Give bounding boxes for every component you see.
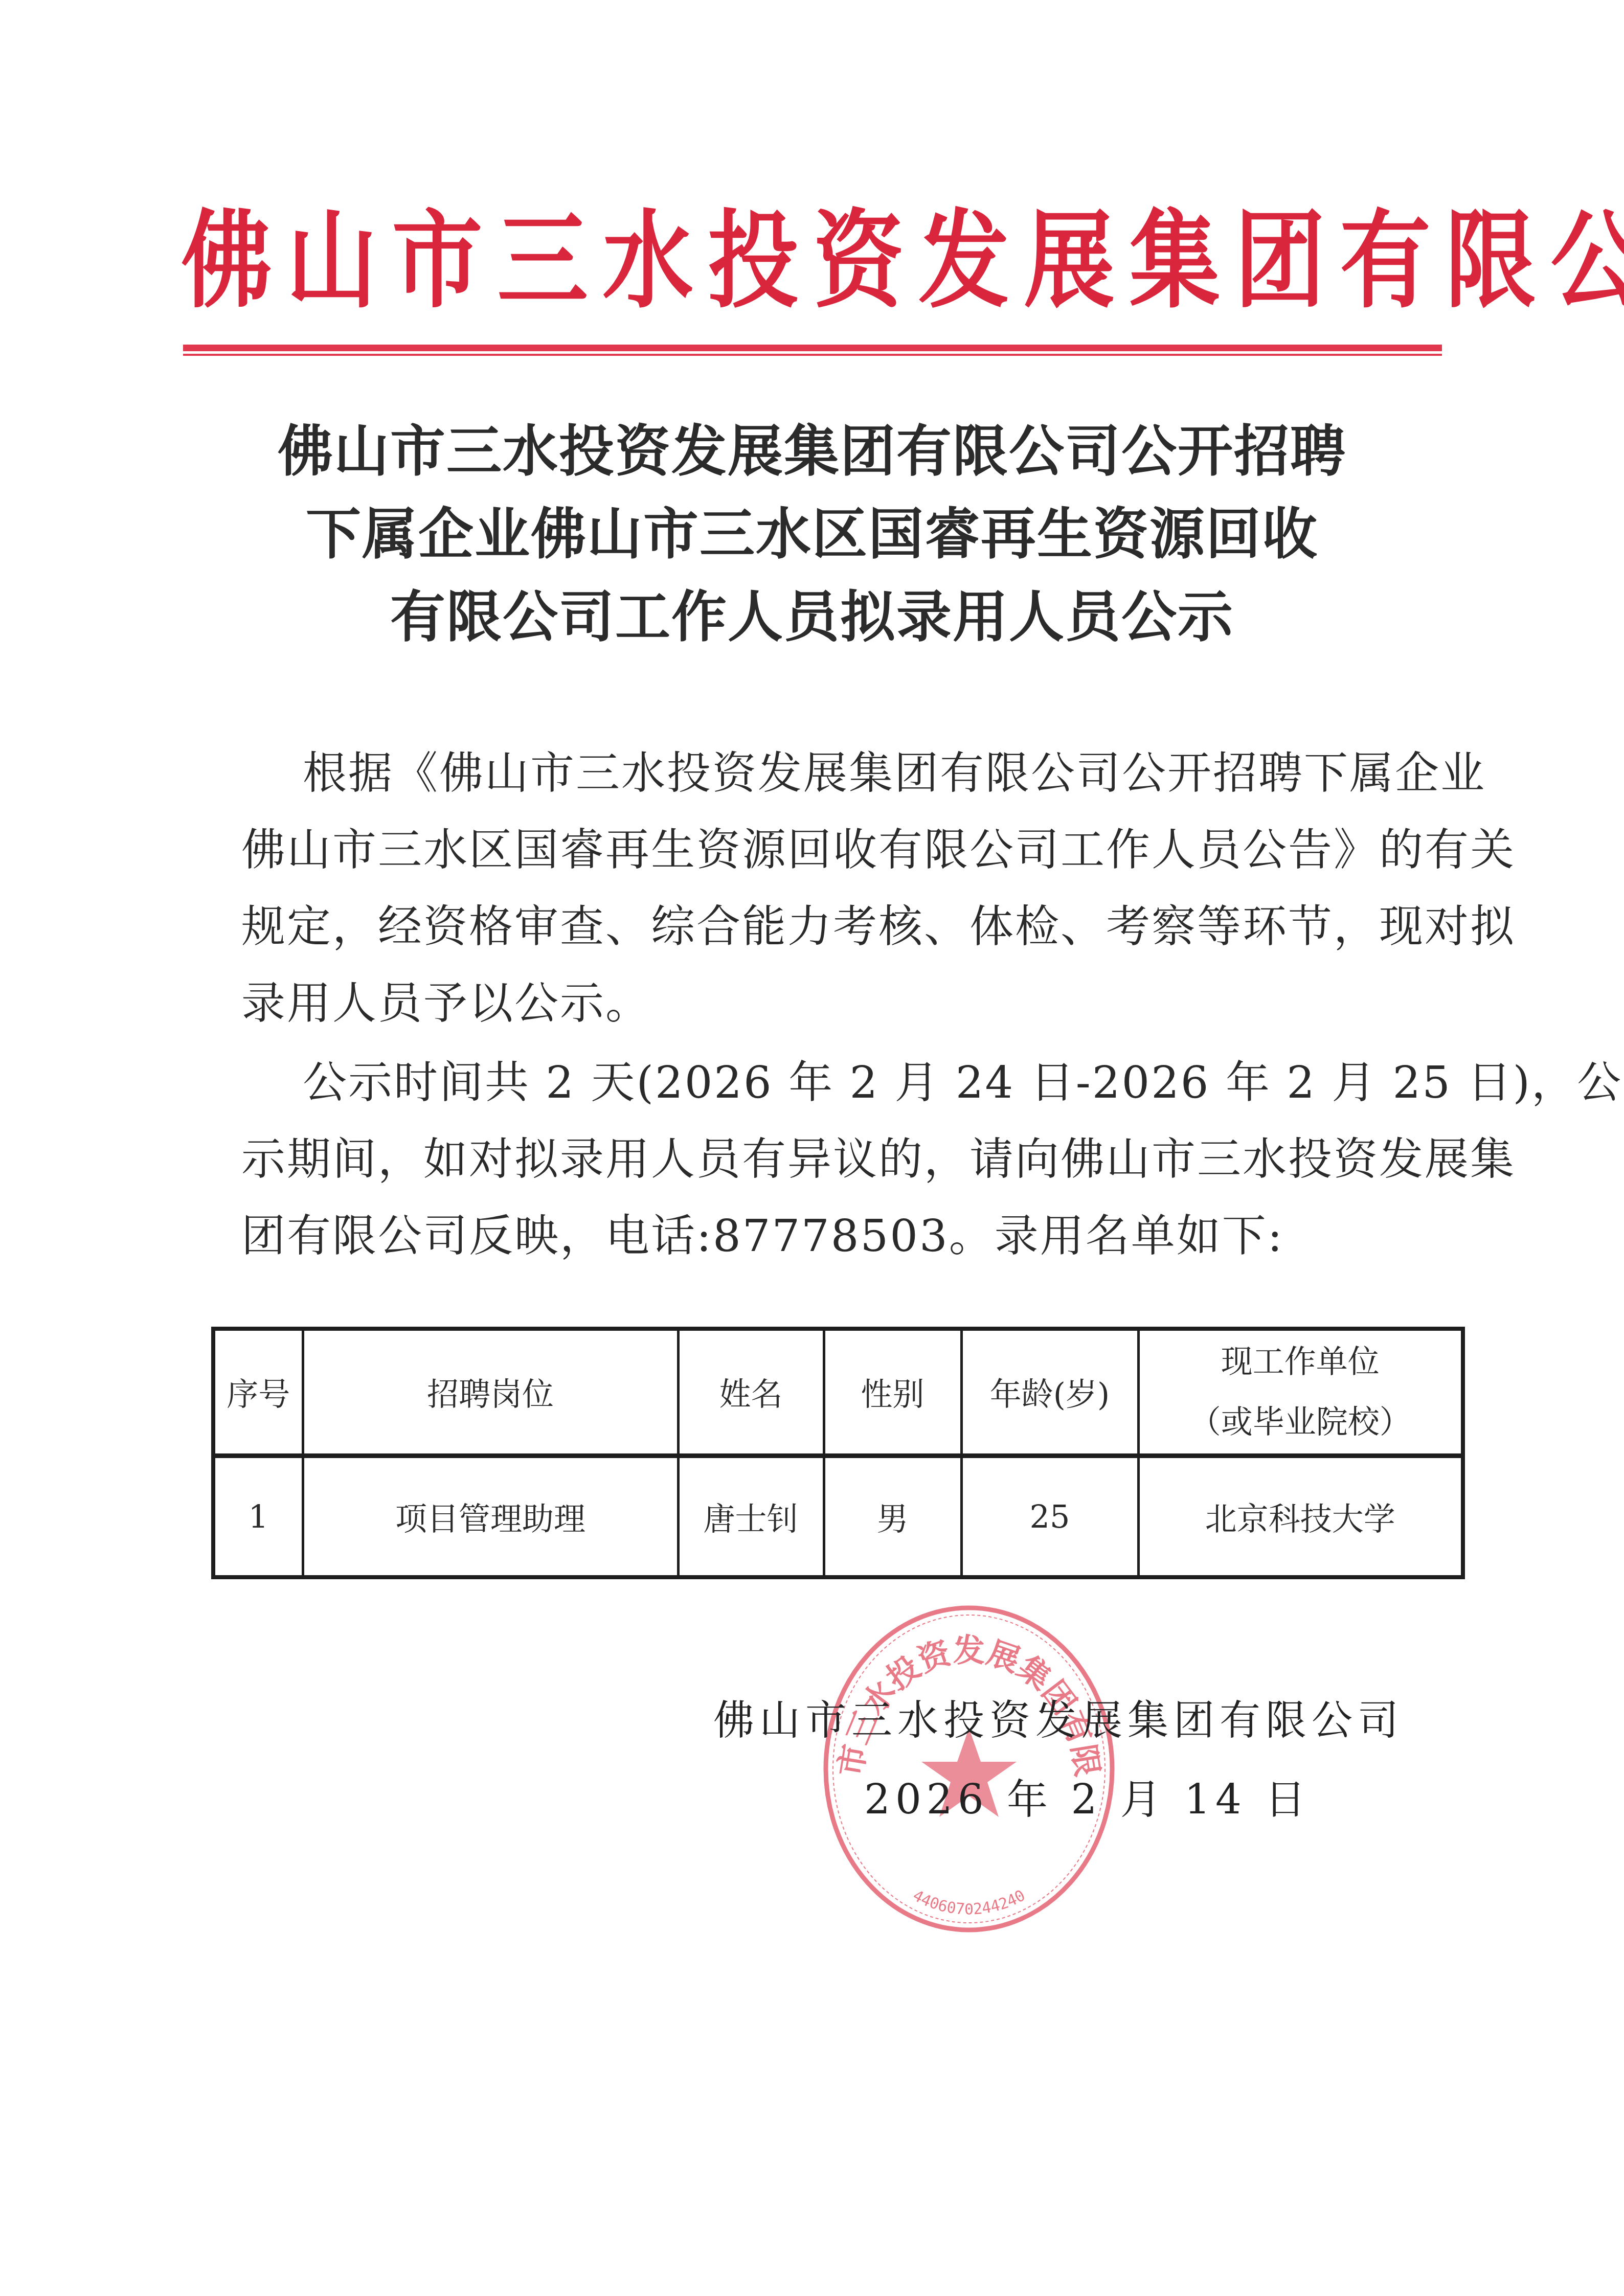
- header-age: 年龄(岁): [961, 1329, 1138, 1456]
- document-title-line-1: 佛山市三水投资发展集团有限公司公开招聘: [153, 424, 1471, 480]
- signature-organization: 佛山市三水投资发展集团有限公司: [713, 1687, 1404, 1746]
- paragraph-line: 佛山市三水区国睿再生资源回收有限公司工作人员公告》的有关: [241, 828, 1516, 872]
- cell-age: 25: [961, 1456, 1138, 1577]
- masthead-rule-thick: [183, 345, 1442, 351]
- header-position: 招聘岗位: [303, 1329, 678, 1456]
- cell-name: 唐士钊: [678, 1456, 824, 1577]
- cell-employer: 北京科技大学: [1138, 1456, 1463, 1577]
- table-row: 1 项目管理助理 唐士钊 男 25 北京科技大学: [213, 1456, 1463, 1577]
- table-header-row: 序号 招聘岗位 姓名 性别 年龄(岁) 现工作单位 （或毕业院校）: [213, 1329, 1463, 1456]
- masthead-char: 三: [497, 208, 588, 313]
- signature-date: 2026 年 2 月 14 日: [864, 1766, 1311, 1825]
- masthead-char: 山: [286, 208, 377, 313]
- cell-position: 项目管理助理: [303, 1456, 678, 1577]
- masthead-char: 公: [1551, 208, 1624, 313]
- cell-gender: 男: [824, 1456, 961, 1577]
- paragraph-line: 公示时间共 2 天(2026 年 2 月 24 日-2026 年 2 月 25 …: [303, 1061, 1622, 1105]
- masthead-char: 团: [1235, 208, 1325, 313]
- masthead-char: 限: [1446, 208, 1536, 313]
- document-title-line-3: 有限公司工作人员拟录用人员公示: [153, 590, 1471, 645]
- masthead-char: 投: [708, 208, 798, 313]
- paragraph-line: 根据《佛山市三水投资发展集团有限公司公开招聘下属企业: [303, 752, 1486, 795]
- header-employer: 现工作单位 （或毕业院校）: [1138, 1329, 1463, 1456]
- masthead-char: 市: [392, 208, 482, 313]
- masthead-char: 水: [602, 208, 693, 313]
- paragraph-line: 录用人员予以公示。: [241, 982, 651, 1026]
- cell-index: 1: [213, 1456, 303, 1577]
- masthead-char: 佛: [181, 208, 272, 313]
- masthead-char: 集: [1130, 208, 1220, 313]
- paragraph-line: 团有限公司反映，电话:87778503。录用名单如下:: [241, 1214, 1284, 1258]
- masthead-char: 发: [919, 208, 1009, 313]
- svg-text:4406070244240: 4406070244240: [910, 1886, 1028, 1918]
- document-title-line-2: 下属企业佛山市三水区国睿再生资源回收: [153, 507, 1471, 562]
- masthead-company-name: 佛 山 市 三 水 投 资 发 展 集 团 有 限 公 司: [174, 184, 1442, 337]
- header-employer-line-1: 现工作单位: [1140, 1332, 1461, 1392]
- seal-number: 4406070244240: [910, 1886, 1028, 1918]
- masthead-char: 资: [814, 208, 904, 313]
- paragraph-line: 示期间，如对拟录用人员有异议的，请向佛山市三水投资发展集: [241, 1138, 1516, 1181]
- masthead-char: 有: [1340, 208, 1431, 313]
- header-employer-line-2: （或毕业院校）: [1140, 1392, 1461, 1452]
- masthead-rule-thin: [183, 354, 1442, 356]
- paragraph-line: 规定，经资格审查、综合能力考核、体检、考察等环节，现对拟: [241, 905, 1516, 949]
- hire-roster-table: 序号 招聘岗位 姓名 性别 年龄(岁) 现工作单位 （或毕业院校） 1 项目管理…: [211, 1327, 1465, 1579]
- header-gender: 性别: [824, 1329, 961, 1456]
- header-name: 姓名: [678, 1329, 824, 1456]
- header-index: 序号: [213, 1329, 303, 1456]
- masthead-char: 展: [1024, 208, 1115, 313]
